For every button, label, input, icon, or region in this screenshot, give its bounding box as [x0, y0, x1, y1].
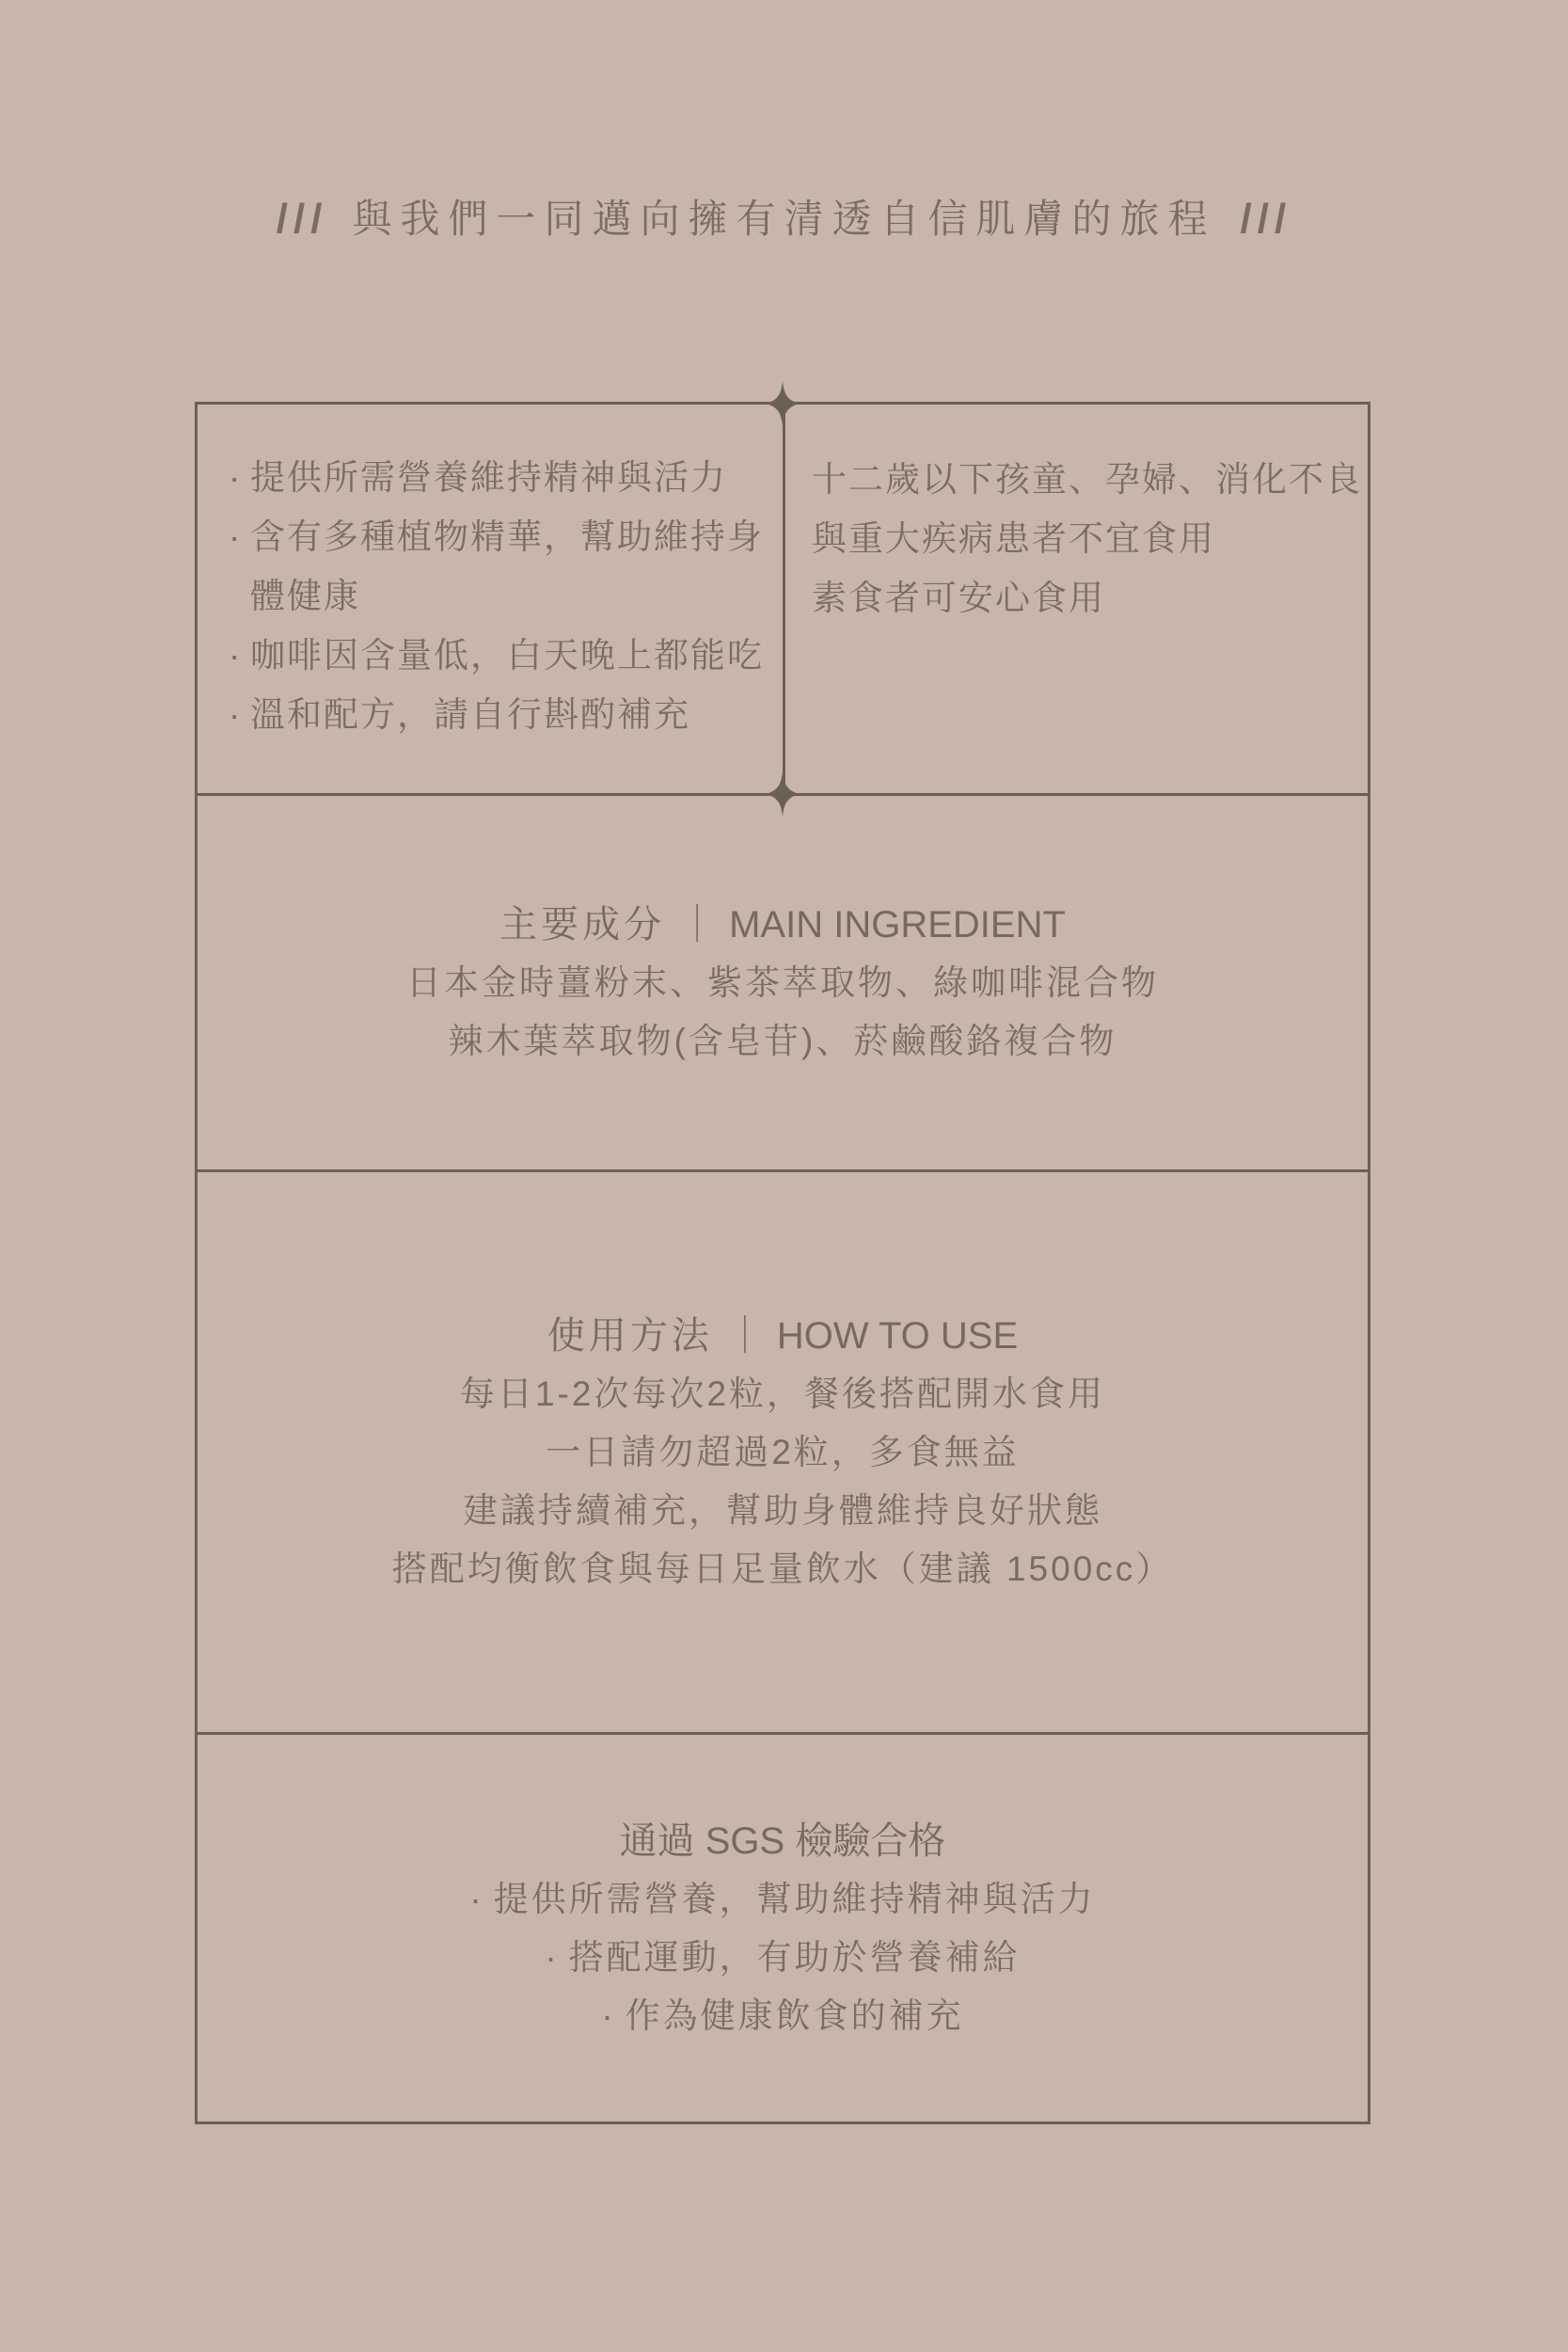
- product-info-page: { "colors": { "background": "#c7b6a9", "…: [0, 0, 1568, 2352]
- usage-title: 使用方法｜HOW TO USE: [547, 1307, 1018, 1365]
- certification-item: ·搭配運動，有助於營養補給: [545, 1929, 1020, 1987]
- notice-text: 溫和配方，請自行斟酌補充: [250, 695, 690, 734]
- notice-text: 提供所需營養維持精神與活力: [250, 458, 727, 497]
- usage-section: 使用方法｜HOW TO USE 每日1-2次每次2粒，餐後搭配開水食用 一日請勿…: [198, 1172, 1368, 1735]
- bullet-dot: ·: [601, 1996, 615, 2035]
- notice-text: 含有多種植物精華，幫助維持身: [250, 517, 764, 556]
- certification-title: 通過 SGS 檢驗合格: [620, 1812, 946, 1870]
- bullet-dot: ·: [229, 626, 250, 685]
- certification-text: 搭配運動，有助於營養補給: [569, 1938, 1021, 1977]
- usage-line: 搭配均衡飲食與每日足量飲水（建議 1500cc）: [392, 1540, 1174, 1598]
- certification-text: 提供所需營養，幫助維持精神與活力: [494, 1880, 1096, 1918]
- notice-line: 體健康: [229, 566, 783, 626]
- notice-line: ·提供所需營養維持精神與活力: [229, 448, 783, 507]
- notice-line: ·咖啡因含量低，白天晚上都能吃: [229, 626, 783, 685]
- usage-line: 建議持續補充，幫助身體維持良好狀態: [463, 1482, 1102, 1540]
- notice-right-column: 十二歲以下孩童、孕婦、消化不良 與重大疾病患者不宜食用 素食者可安心食用: [785, 405, 1368, 793]
- notice-section: ·提供所需營養維持精神與活力 ·含有多種植物精華，幫助維持身 體健康 ·咖啡因含…: [198, 405, 1368, 796]
- ingredients-line: 辣木葉萃取物(含皂苷)、菸鹼酸鉻複合物: [449, 1012, 1117, 1071]
- tagline-text: 與我們一同邁向擁有清透自信肌膚的旅程: [352, 197, 1215, 241]
- notice-left-column: ·提供所需營養維持精神與活力 ·含有多種植物精華，幫助維持身 體健康 ·咖啡因含…: [198, 405, 785, 793]
- ingredients-title-en: MAIN INGREDIENT: [729, 904, 1066, 946]
- certification-text: 作為健康飲食的補充: [626, 1996, 964, 2035]
- info-panel: ·提供所需營養維持精神與活力 ·含有多種植物精華，幫助維持身 體健康 ·咖啡因含…: [195, 402, 1370, 2124]
- usage-title-zh: 使用方法: [547, 1315, 713, 1357]
- bullet-dot: ·: [469, 1880, 483, 1918]
- notice-line: 與重大疾病患者不宜食用: [812, 509, 1368, 568]
- certification-section: 通過 SGS 檢驗合格 ·提供所需營養，幫助維持精神與活力 ·搭配運動，有助於營…: [198, 1735, 1368, 2122]
- bullet-dot: ·: [545, 1938, 559, 1977]
- ingredients-title: 主要成分｜MAIN INGREDIENT: [499, 896, 1066, 954]
- certification-item: ·作為健康飲食的補充: [601, 1987, 963, 2045]
- notice-line: 十二歲以下孩童、孕婦、消化不良: [812, 450, 1368, 509]
- notice-line: ·溫和配方，請自行斟酌補充: [229, 685, 783, 744]
- notice-text: 咖啡因含量低，白天晚上都能吃: [250, 636, 764, 675]
- notice-line: 素食者可安心食用: [812, 568, 1368, 628]
- bullet-dot: ·: [229, 507, 250, 566]
- title-divider-bar: ｜: [726, 1315, 764, 1357]
- tagline-right-slashes: ///: [1241, 196, 1292, 242]
- ingredients-line: 日本金時薑粉末、紫茶萃取物、綠咖啡混合物: [406, 954, 1159, 1012]
- tagline-left-slashes: ///: [277, 196, 328, 242]
- tagline: ///與我們一同邁向擁有清透自信肌膚的旅程///: [0, 192, 1568, 244]
- notice-line: ·含有多種植物精華，幫助維持身: [229, 507, 783, 566]
- usage-title-en: HOW TO USE: [777, 1315, 1018, 1357]
- notice-text: 體健康: [250, 577, 360, 615]
- title-divider-bar: ｜: [678, 904, 716, 946]
- certification-item: ·提供所需營養，幫助維持精神與活力: [469, 1870, 1095, 1929]
- ingredients-title-zh: 主要成分: [499, 904, 665, 946]
- bullet-dot: ·: [229, 685, 250, 744]
- usage-line: 每日1-2次每次2粒，餐後搭配開水食用: [460, 1365, 1105, 1423]
- ingredients-section: 主要成分｜MAIN INGREDIENT 日本金時薑粉末、紫茶萃取物、綠咖啡混合…: [198, 796, 1368, 1172]
- usage-line: 一日請勿超過2粒，多食無益: [546, 1423, 1020, 1482]
- bullet-dot: ·: [229, 448, 250, 507]
